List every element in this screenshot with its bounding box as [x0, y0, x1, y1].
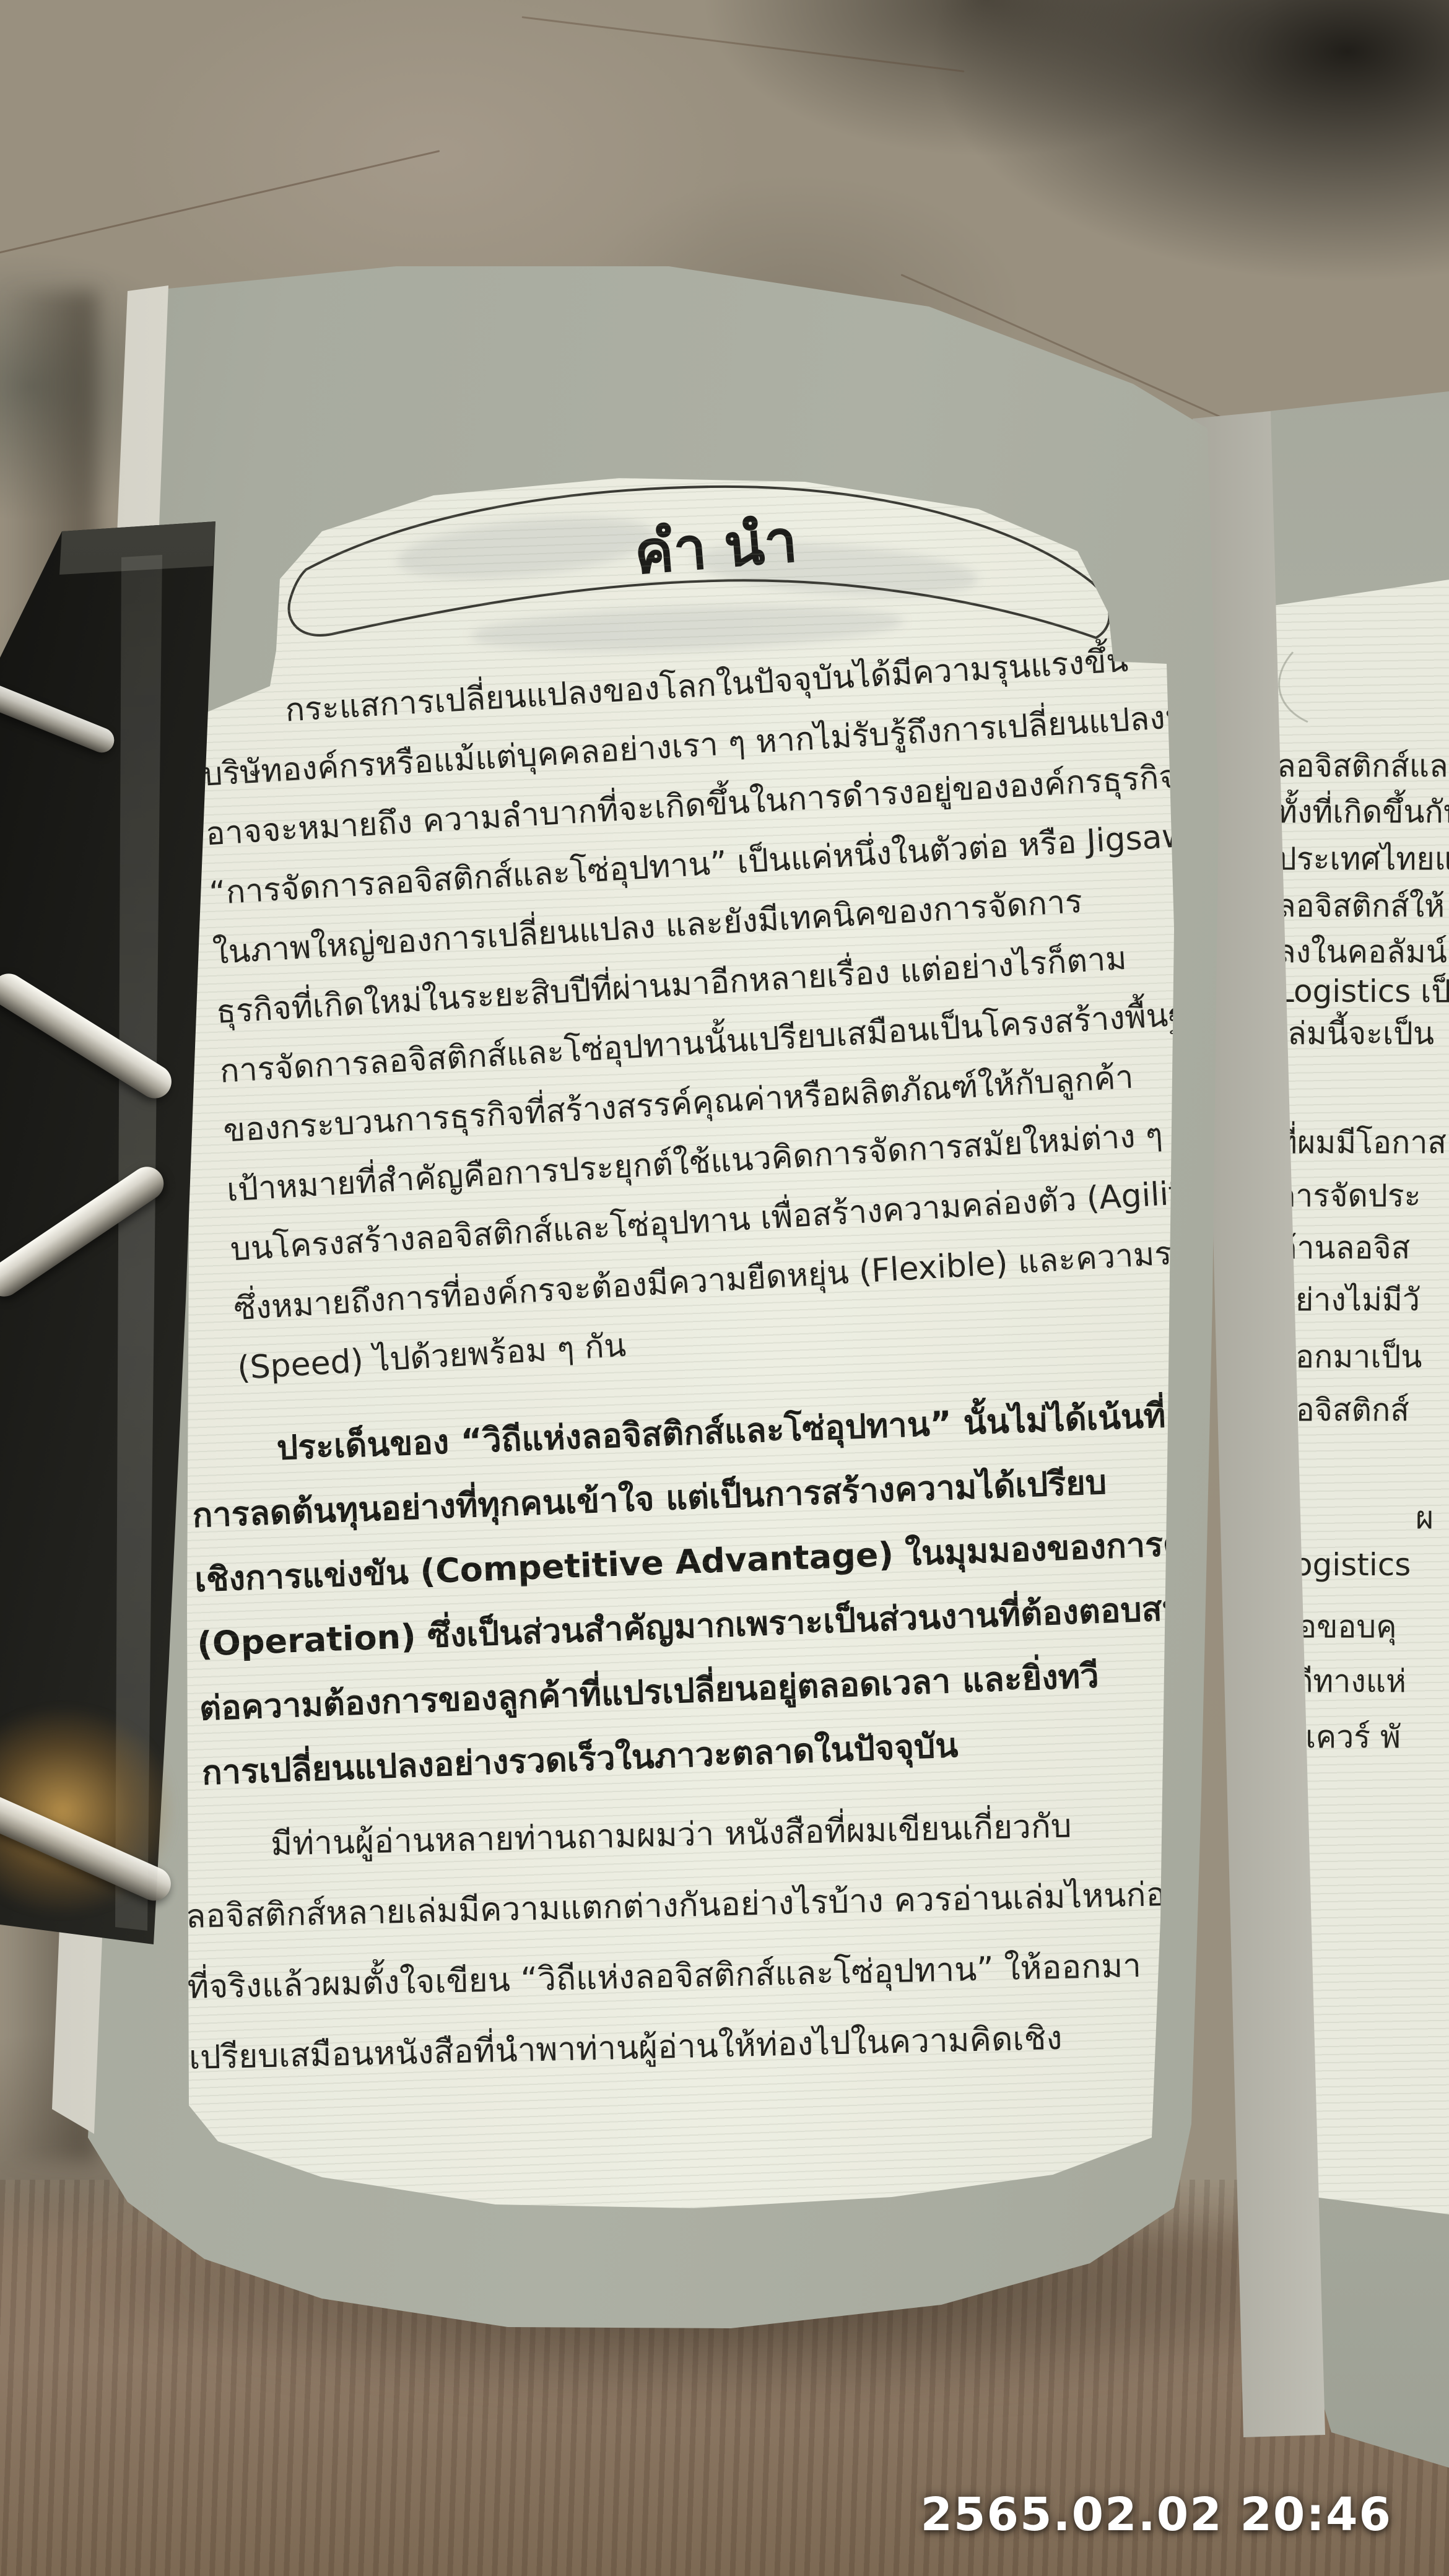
right-page-line: เล่มนี้จะเป็น — [1277, 1009, 1434, 1058]
right-page-line: ออกมาเป็น — [1277, 1333, 1422, 1382]
right-page-line: ที่ผมมีโอกาส — [1277, 1118, 1447, 1167]
timestamp-overlay: 2565.02.02 20:46 — [921, 2488, 1392, 2541]
right-page-line: ด้านลอจิส — [1277, 1224, 1410, 1273]
paragraph-2-bold: ประเด็นของ “วิถีแห่งลอจิสติกส์และโซ่อุปท… — [189, 1383, 1193, 1805]
right-page-line: ประเทศไทยแ — [1277, 835, 1449, 884]
right-page-line: ลอจิสติกส์ให้ — [1277, 882, 1445, 931]
right-page-line: ผ — [1416, 1494, 1434, 1543]
right-page-line: อย่างไม่มีวั — [1277, 1276, 1420, 1325]
right-page-line: ลอจิสติกส์และ — [1277, 742, 1449, 791]
paragraph-1: กระแสการเปลี่ยนแปลงของโลกในปัจจุบันได้มี… — [197, 628, 1222, 1398]
show-through-box-arc — [1267, 596, 1449, 748]
paragraph-3: มีท่านผู้อ่านหลายท่านถามผมว่า หนังสือที่… — [183, 1788, 1186, 2093]
photo-of-book-preface: ลอจิสติกส์และ ทั้งที่เกิดขึ้นกับ ประเทศไ… — [0, 0, 1449, 2576]
right-page-line: ทั้งที่เกิดขึ้นกับ — [1277, 788, 1449, 837]
right-page-line: การจัดประ — [1277, 1172, 1421, 1221]
